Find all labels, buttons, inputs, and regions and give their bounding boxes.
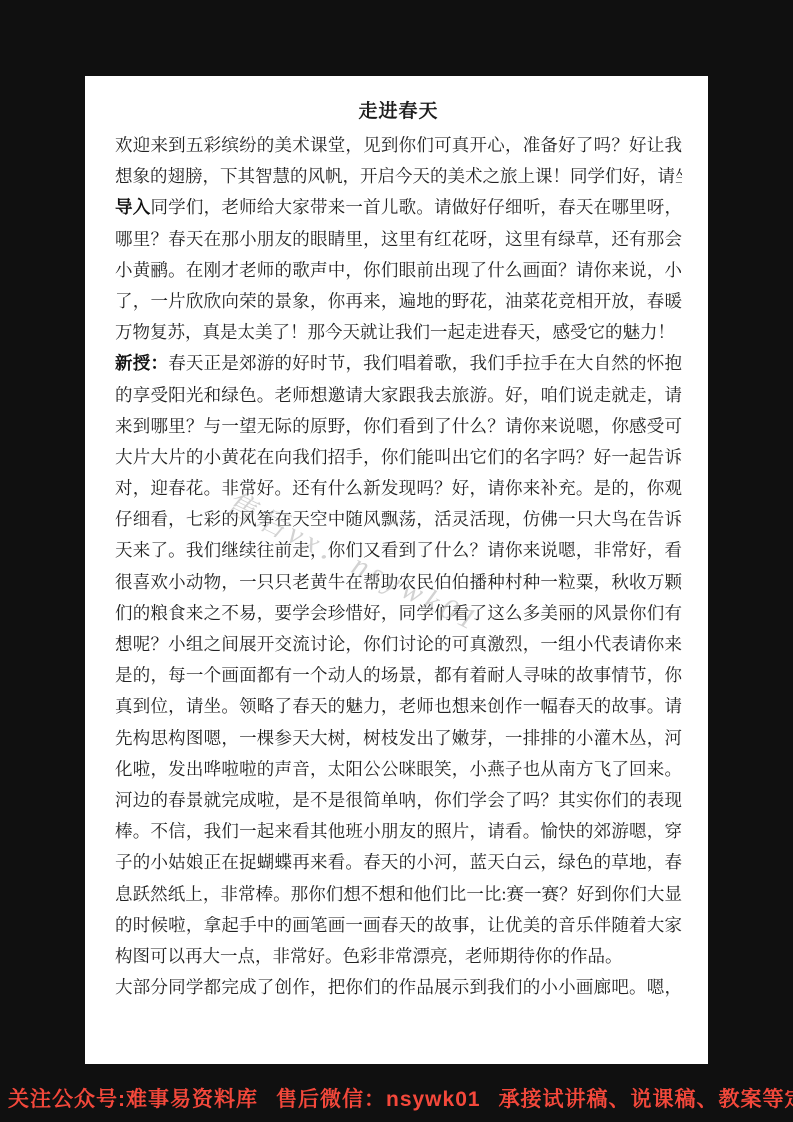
promo-footer: 关注公众号:难事易资料库 售后微信：nsywk01 承接试讲稿、说课稿、教案等定…	[0, 1082, 793, 1114]
text-line: 想象的翅膀，下其智慧的风帆，开启今天的美术之旅上课！同学们好，请坐。	[115, 161, 682, 192]
text-line: 来到哪里？与一望无际的原野，你们看到了什么？请你来说嗯，你感受可真细腻，	[115, 411, 682, 442]
document-body: 欢迎来到五彩缤纷的美术课堂，见到你们可真开心，准备好了吗？好让我们插上想象的翅膀…	[115, 130, 682, 1003]
text-line: 对，迎春花。非常好。还有什么新发现吗？好，请你来补充。是的，你观察的真	[115, 473, 682, 504]
text-line: 真到位，请坐。领略了春天的魅力，老师也想来创作一幅春天的故事。请看我们	[115, 691, 682, 722]
text-line: 新授：春天正是郊游的好时节，我们唱着歌，我们手拉手在大自然的怀抱里尽情	[115, 348, 682, 379]
text-line: 化啦，发出哗啦啦的声音，太阳公公咪眼笑，小燕子也从南方飞了回来。看一幅	[115, 754, 682, 785]
text-line: 想呢？小组之间展开交流讨论，你们讨论的可真激烈，一组小代表请你来说。嗯，	[115, 629, 682, 660]
footer-wechat-contact: 售后微信：nsywk01	[276, 1083, 481, 1113]
text-line: 小黄鹂。在刚才老师的歌声中，你们眼前出现了什么画面？请你来说，小草发芽	[115, 255, 682, 286]
text-line: 棒。不信，我们一起来看其他班小朋友的照片，请看。愉快的郊游嗯，穿着花裙	[115, 816, 682, 847]
text-line: 的享受阳光和绿色。老师想邀请大家跟我去旅游。好，咱们说走就走，请看我们	[115, 380, 682, 411]
text-line: 很喜欢小动物，一只只老黄牛在帮助农民伯伯播种村种一粒粟，秋收万颗子。我	[115, 567, 682, 598]
text-line: 大片大片的小黄花在向我们招手，你们能叫出它们的名字吗？好一起告诉老师，	[115, 442, 682, 473]
text-line: 构图可以再大一点，非常好。色彩非常漂亮，老师期待你的作品。	[115, 941, 682, 972]
footer-services: 承接试讲稿、说课稿、教案等定制业务	[499, 1083, 793, 1113]
text-line: 息跃然纸上，非常棒。那你们想不想和他们比一比:赛一赛？好到你们大显身手	[115, 879, 682, 910]
text-line: 的时候啦，拿起手中的画笔画一画春天的故事，让优美的音乐伴随着大家开始吧！	[115, 910, 682, 941]
text-line: 们的粮食来之不易，要学会珍惜好，同学们看了这么多美丽的风景你们有什么感	[115, 598, 682, 629]
text-line: 天来了。我们继续往前走，你们又看到了什么？请你来说嗯，非常好，看来你也	[115, 535, 682, 566]
text-line: 是的，每一个画面都有一个动人的场景，都有着耐人寻味的故事情节，你总结的	[115, 660, 682, 691]
page-title: 走进春天	[115, 96, 682, 128]
text-line: 了，一片欣欣向荣的景象，你再来，遍地的野花，油菜花竞相开放，春暖花开，	[115, 286, 682, 317]
section-label: 导入	[115, 197, 150, 217]
text-line: 万物复苏，真是太美了！那今天就让我们一起走进春天，感受它的魅力！	[115, 317, 682, 348]
text-line: 河边的春景就完成啦，是不是很简单呐，你们学会了吗？其实你们的表现力也很	[115, 785, 682, 816]
footer-public-account: 关注公众号:难事易资料库	[8, 1083, 258, 1113]
document-page: 走进春天 欢迎来到五彩缤纷的美术课堂，见到你们可真开心，准备好了吗？好让我们插上…	[85, 76, 708, 1064]
text-line: 导入同学们，老师给大家带来一首儿歌。请做好仔细听，春天在哪里呀，春天在	[115, 192, 682, 223]
text-line: 大部分同学都完成了创作，把你们的作品展示到我们的小小画廊吧。嗯，你们的	[115, 972, 682, 1003]
text-line: 先构思构图嗯，一棵参天大树，树枝发出了嫩芽，一排排的小灌木丛，河水也融	[115, 723, 682, 754]
text-line: 欢迎来到五彩缤纷的美术课堂，见到你们可真开心，准备好了吗？好让我们插上	[115, 130, 682, 161]
section-label: 新授：	[115, 353, 168, 373]
text-line: 哪里？春天在那小朋友的眼睛里，这里有红花呀，这里有绿草，还有那会唱歌的	[115, 224, 682, 255]
text-line: 仔细看，七彩的风筝在天空中随风飘荡，活灵活现，仿佛一只大鸟在告诉我们春	[115, 504, 682, 535]
text-line: 子的小姑娘正在捉蝴蝶再来看。春天的小河，蓝天白云，绿色的草地，春天的气	[115, 847, 682, 878]
